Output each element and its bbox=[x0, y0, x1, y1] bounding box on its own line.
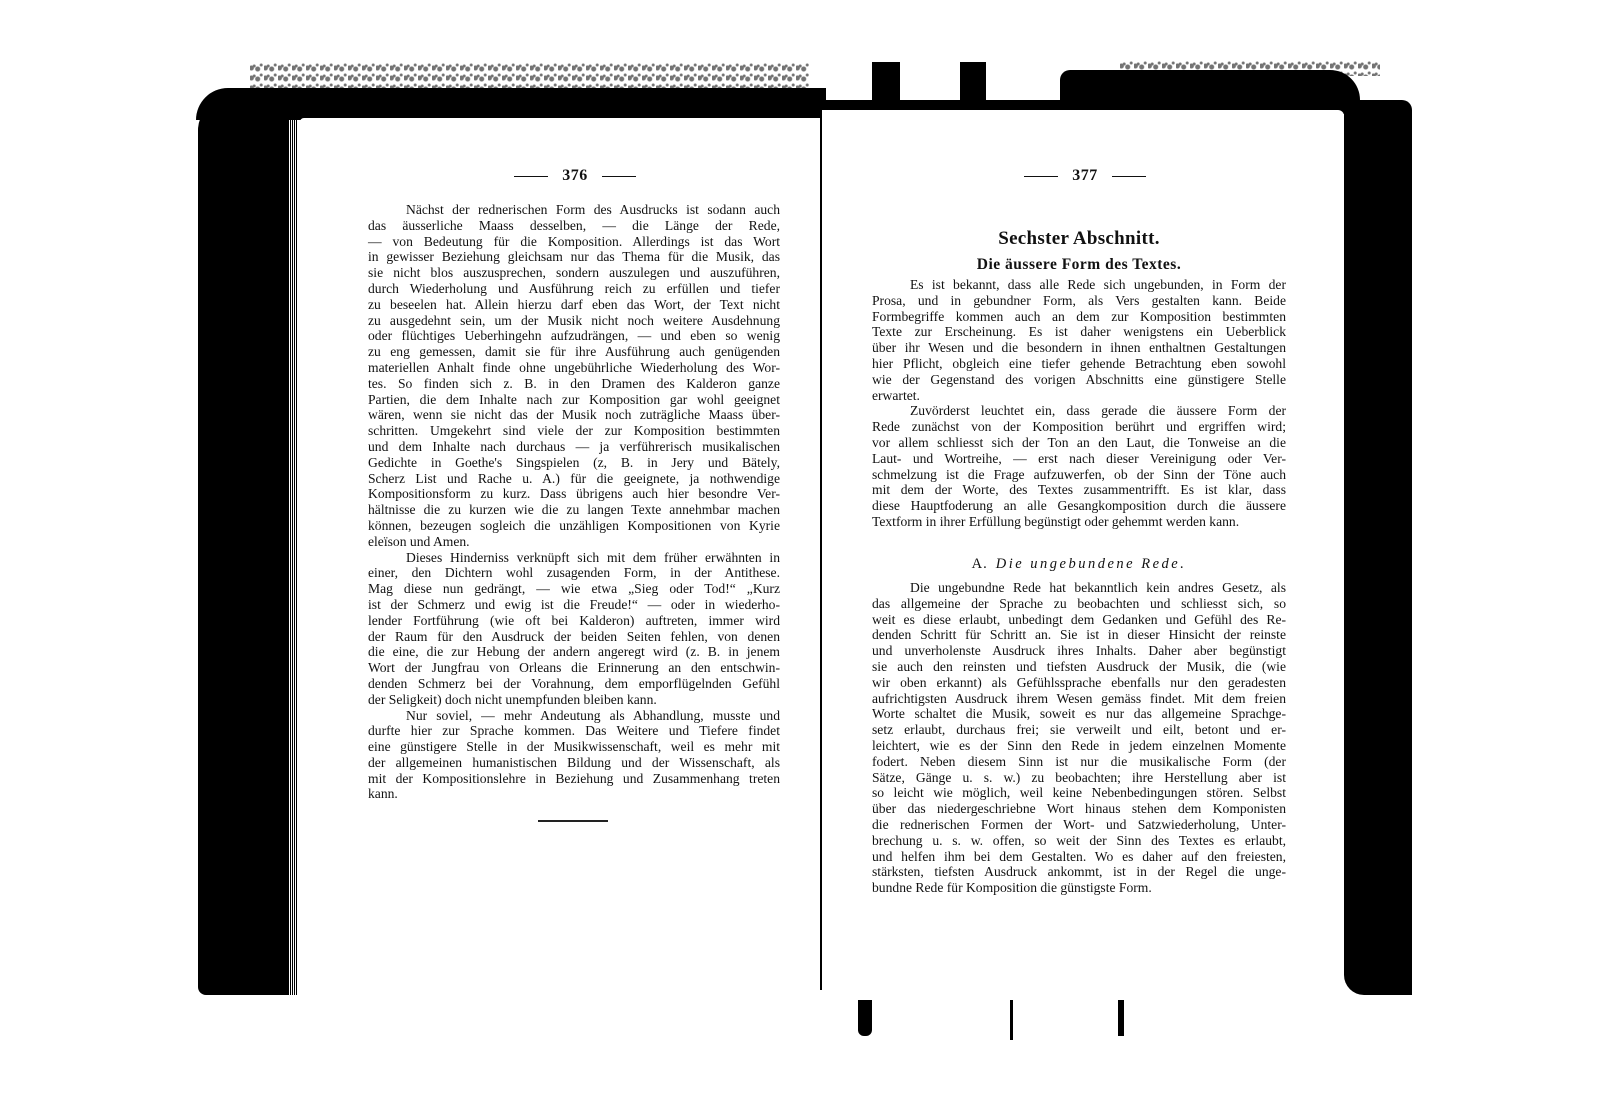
text-line: der Seligkeit) doch nicht unempfunden bl… bbox=[368, 692, 780, 708]
book-edge-top-noise-left bbox=[250, 62, 810, 92]
subsection-heading: A.Die ungebundene Rede. bbox=[872, 556, 1286, 573]
text-line: mit dem der Worte, des Textes zusammentr… bbox=[872, 482, 1286, 498]
text-line: wären, wenn sie nicht das der Musik noch… bbox=[368, 407, 780, 423]
folio-dash bbox=[1112, 176, 1146, 178]
text-line: Prosa, und in gebundner Form, als Vers g… bbox=[872, 293, 1286, 309]
text-line: eleïson und Amen. bbox=[368, 534, 780, 550]
page-number-text: 377 bbox=[1072, 167, 1098, 184]
text-line: hältnisse die zu kurzen wie die zu lange… bbox=[368, 502, 780, 518]
text-line: hier Pflicht, obgleich eine tiefer gehen… bbox=[872, 356, 1286, 372]
text-line: weit es diese erlaubt, unbedingt dem Ged… bbox=[872, 612, 1286, 628]
text-line: lender Fortführung (wie oft bei Kalderon… bbox=[368, 613, 780, 629]
text-line: brechung u. s. w. offen, so weit der Sin… bbox=[872, 833, 1286, 849]
text-line: wie der Gegenstand des vorigen Abschnitt… bbox=[872, 372, 1286, 388]
text-line: das äusserliche Maass desselben, — die L… bbox=[368, 218, 780, 234]
text-line: und helfen ihm bei dem Gestalten. Wo es … bbox=[872, 849, 1286, 865]
text-line: denden Schmerz bei der Vorahnung, dem em… bbox=[368, 676, 780, 692]
text-line: die eine, die zur Hebung der andern ange… bbox=[368, 644, 780, 660]
text-line: so leicht wie möglich, weil keine Nebenb… bbox=[872, 785, 1286, 801]
text-line: denden Schritt für Schritt an. Sie ist i… bbox=[872, 627, 1286, 643]
text-line: und dem Inhalte nach durchaus — ja verfü… bbox=[368, 439, 780, 455]
text-line: Dieses Hinderniss verknüpft sich mit dem… bbox=[368, 550, 780, 566]
text-line: eine günstigere Stelle in der Musikwisse… bbox=[368, 739, 780, 755]
text-line: durch Wiederholung und Ausführung reich … bbox=[368, 281, 780, 297]
text-line: aufrichtigsten Ausdruck ihrem Wesen gemä… bbox=[872, 691, 1286, 707]
text-line: setz erlaubt, durchaus frei; sie verweil… bbox=[872, 722, 1286, 738]
text-line: fodert. Neben diesem Sinn ist nur die mu… bbox=[872, 754, 1286, 770]
text-line: erwartet. bbox=[872, 388, 1286, 404]
text-line: diese Hauptfoderung an alle Gesangkompos… bbox=[872, 498, 1286, 514]
text-line: vor allem schliesst sich der Ton an den … bbox=[872, 435, 1286, 451]
text-line: schmelzung ist die Frage aufzuwerfen, ob… bbox=[872, 467, 1286, 483]
text-line: ist der Schmerz und ewig ist die Freude!… bbox=[368, 597, 780, 613]
bookmark-tab-2 bbox=[960, 62, 986, 110]
text-line: Scherz List und Rache u. A.) für die gee… bbox=[368, 471, 780, 487]
book-edge-right bbox=[1344, 100, 1412, 995]
text-line: in gewisser Beziehung gleichsam nur das … bbox=[368, 249, 780, 265]
right-page-subsection-body: Die ungebundne Rede hat bekanntlich kein… bbox=[872, 580, 1286, 896]
folio-dash bbox=[514, 176, 548, 178]
book-edge-top-noise-right bbox=[1120, 60, 1380, 76]
left-page-number: 376 bbox=[500, 167, 650, 185]
text-line: Nächst der rednerischen Form des Ausdruc… bbox=[368, 202, 780, 218]
text-line: einer, den Dichtern wohl zusagenden Form… bbox=[368, 565, 780, 581]
text-line: Partien, die dem Inhalte nach zur Kompos… bbox=[368, 392, 780, 408]
text-line: Wort der Jungfrau von Orleans die Erinne… bbox=[368, 660, 780, 676]
text-line: das allgemeine der Sprache zu beobachten… bbox=[872, 596, 1286, 612]
text-line: zu ausgedehnt sein, um der Musik nicht n… bbox=[368, 313, 780, 329]
text-line: sie auch den reinsten und tiefsten Ausdr… bbox=[872, 659, 1286, 675]
text-line: Worte schaltet die Musik, soweit es nur … bbox=[872, 706, 1286, 722]
text-line: Textform in ihrer Erfüllung begünstigt o… bbox=[872, 514, 1286, 530]
text-line: Gedichte in Goethe's Singspielen (z, B. … bbox=[368, 455, 780, 471]
folio-dash bbox=[1024, 176, 1058, 178]
right-page-number: 377 bbox=[1010, 167, 1160, 185]
text-line: Laut- und Wortreihe, — erst nach dieser … bbox=[872, 451, 1286, 467]
text-line: zu eng gemessen, damit sie für ihre Ausf… bbox=[368, 344, 780, 360]
end-of-section-rule bbox=[538, 820, 608, 822]
section-subtitle: Die äussere Form des Textes. bbox=[872, 256, 1286, 274]
text-line: Sätze, Gänge u. s. w.) zu beobachten; ih… bbox=[872, 770, 1286, 786]
bookmark-tab-1 bbox=[872, 62, 900, 110]
subsection-label: A. bbox=[972, 556, 988, 572]
book-edge-top-right-cover bbox=[1060, 70, 1360, 114]
text-line: mit der Kompositionslehre in Beziehung u… bbox=[368, 771, 780, 787]
text-line: Kompositionsform zu kurz. Dass übrigens … bbox=[368, 486, 780, 502]
text-line: Die ungebundne Rede hat bekanntlich kein… bbox=[872, 580, 1286, 596]
text-line: sie nicht blos auszusprechen, sondern au… bbox=[368, 265, 780, 281]
text-line: über ihr Wesen und die besondern in ihne… bbox=[872, 340, 1286, 356]
right-page-intro: Es ist bekannt, dass alle Rede sich unge… bbox=[872, 277, 1286, 530]
text-line: wir oben erkannt) als Gefühlssprache ebe… bbox=[872, 675, 1286, 691]
text-line: Formbegriffe kommen auch an dem zur Komp… bbox=[872, 309, 1286, 325]
text-line: bundne Rede für Komposition die günstigs… bbox=[872, 880, 1286, 896]
text-line: Texte zur Erscheinung. Es ist daher weni… bbox=[872, 324, 1286, 340]
text-line: oder flüchtiges Ueberhingehn aufzudränge… bbox=[368, 328, 780, 344]
text-line: materiellen Anhalt finde ohne ungebührli… bbox=[368, 360, 780, 376]
text-line: Nur soviel, — mehr Andeutung als Abhandl… bbox=[368, 708, 780, 724]
text-line: schritten. Umgekehrt sind viele der zur … bbox=[368, 423, 780, 439]
text-line: Mag diese nun gedrängt, — wie etwa „Sieg… bbox=[368, 581, 780, 597]
text-line: tes. So finden sich z. B. in den Dramen … bbox=[368, 376, 780, 392]
left-page-body: Nächst der rednerischen Form des Ausdruc… bbox=[368, 202, 780, 802]
subsection-title: Die ungebundene Rede. bbox=[996, 556, 1187, 572]
text-line: die rednerischen Formen der Wort- und Sa… bbox=[872, 817, 1286, 833]
text-line: — von Bedeutung für die Komposition. All… bbox=[368, 234, 780, 250]
book-edge-left bbox=[198, 100, 298, 995]
book-fore-edge-left bbox=[288, 120, 298, 995]
text-line: der allgemeinen humanistischen Bildung u… bbox=[368, 755, 780, 771]
text-line: und unverholenste Ausdruck ihres Inhalts… bbox=[872, 643, 1286, 659]
text-line: Es ist bekannt, dass alle Rede sich unge… bbox=[872, 277, 1286, 293]
text-line: Rede zunächst von der Komposition berühr… bbox=[872, 419, 1286, 435]
text-line: durfte hier zur Sprache kommen. Das Weit… bbox=[368, 723, 780, 739]
text-line: Zuvörderst leuchtet ein, dass gerade die… bbox=[872, 403, 1286, 419]
text-line: zu beseelen hat. Allein hierzu darf eben… bbox=[368, 297, 780, 313]
page-number-text: 376 bbox=[562, 167, 588, 184]
folio-dash bbox=[602, 176, 636, 178]
text-line: der Raum für den Ausdruck der beiden Sei… bbox=[368, 629, 780, 645]
section-title: Sechster Abschnitt. bbox=[872, 228, 1286, 250]
text-line: leichtert, wie es der Sinn den Rede in j… bbox=[872, 738, 1286, 754]
text-line: kann. bbox=[368, 786, 780, 802]
text-line: stärksten, tiefsten Ausdruck ankommt, is… bbox=[872, 864, 1286, 880]
text-line: über das niedergeschriebne Wort hinaus s… bbox=[872, 801, 1286, 817]
text-line: können, bezeugen sogleich die unzähligen… bbox=[368, 518, 780, 534]
